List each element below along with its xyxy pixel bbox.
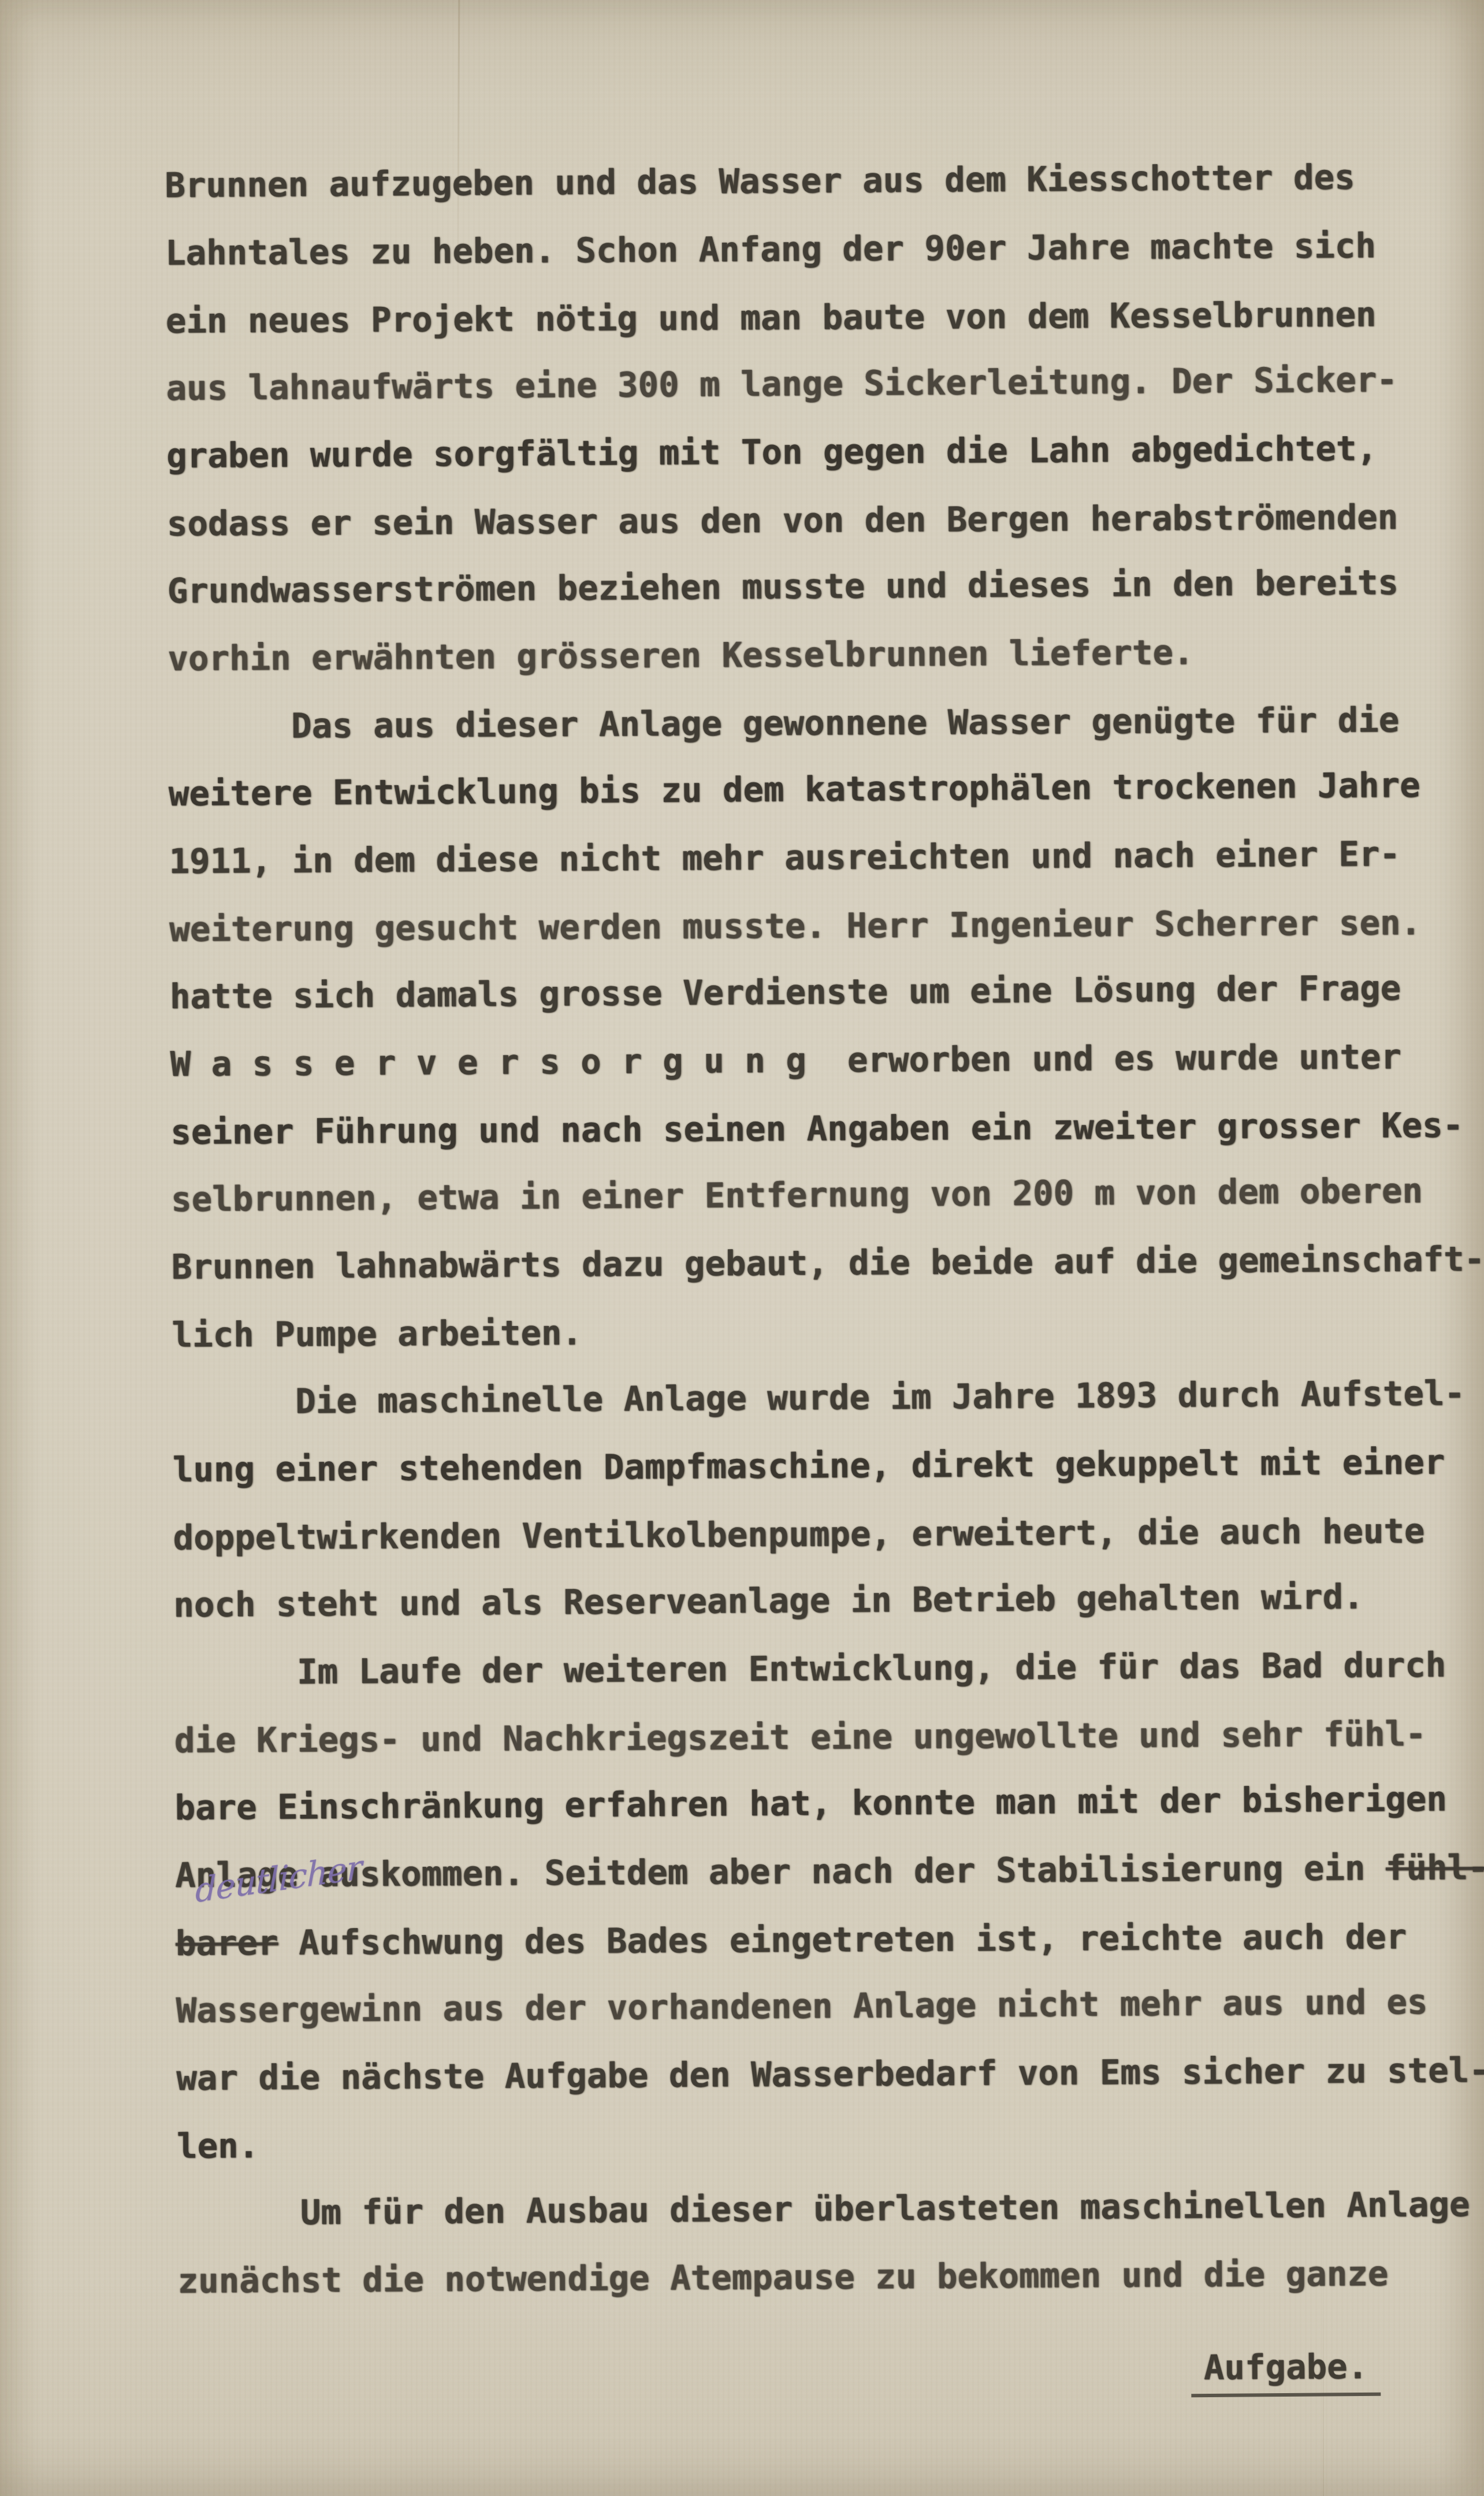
typed-line: vorhin erwähnten grösseren Kesselbrunnen… xyxy=(168,616,1484,692)
typed-line-with-strikeout: Anlage auskommen. Seitdem aber nach der … xyxy=(175,1833,1484,1909)
typed-line: 1911, in dem diese nicht mehr ausreichte… xyxy=(169,819,1484,895)
typed-text-block: Brunnen aufzugeben und das Wasser aus de… xyxy=(165,143,1484,2315)
typed-line-paragraph-start: Die maschinelle Anlage wurde im Jahre 18… xyxy=(172,1359,1484,1436)
typed-text: Aufschwung des Bades eingetreten ist, re… xyxy=(278,1916,1407,1963)
typed-line: Lahntales zu heben. Schon Anfang der 90e… xyxy=(165,211,1484,287)
typed-line: hatte sich damals grosse Verdienste um e… xyxy=(170,953,1484,1030)
typed-line: war die nächste Aufgabe den Wasserbedarf… xyxy=(176,2036,1484,2112)
typed-line: Brunnen lahnabwärts dazu gebaut, die bei… xyxy=(171,1225,1484,1301)
typed-line: selbrunnen, etwa in einer Entfernung von… xyxy=(171,1156,1484,1233)
typed-line: lung einer stehenden Dampfmaschine, dire… xyxy=(173,1428,1484,1503)
typed-line: zunächst die notwendige Atempause zu bek… xyxy=(177,2239,1484,2315)
typed-line: graben wurde sorgfältig mit Ton gegen di… xyxy=(166,414,1484,489)
catchword: Aufgabe. xyxy=(1191,2344,1381,2397)
typed-line: W a s s e r v e r s o r g u n g erworben… xyxy=(170,1022,1484,1098)
typed-line: ein neues Projekt nötig und man baute vo… xyxy=(165,280,1484,354)
typed-line: weiterung gesucht werden musste. Herr In… xyxy=(169,888,1484,963)
typed-line: Grundwasserströmen beziehen musste und d… xyxy=(167,548,1484,625)
typed-line: die Kriegs- und Nachkriegszeit eine unge… xyxy=(174,1699,1484,1774)
typed-line-paragraph-start: Das aus dieser Anlage gewonnene Wasser g… xyxy=(168,685,1484,760)
typed-line: aus lahnaufwärts eine 300 m lange Sicker… xyxy=(166,345,1484,422)
struck-out-text: barer xyxy=(176,1923,278,1963)
typed-line: seiner Führung und nach seinen Angaben e… xyxy=(170,1091,1484,1165)
typed-line-paragraph-start: Um für den Ausbau dieser überlasteten ma… xyxy=(177,2170,1484,2247)
typed-line: lich Pumpe arbeiten. xyxy=(172,1294,1484,1368)
typed-line: Wassergewinn aus der vorhandenen Anlage … xyxy=(176,1967,1484,2044)
typed-line: bare Einschränkung erfahren hat, konnte … xyxy=(174,1765,1484,1841)
typed-line-with-strikeout: barer Aufschwung des Bades eingetreten i… xyxy=(176,1902,1484,1977)
typed-line: Brunnen aufzugeben und das Wasser aus de… xyxy=(165,142,1484,219)
typed-line: weitere Entwicklung bis zu dem katastrop… xyxy=(168,751,1484,827)
typed-line: doppeltwirkenden Ventilkolbenpumpe, erwe… xyxy=(173,1496,1484,1571)
typed-line: sodass er sein Wasser aus den von den Be… xyxy=(167,482,1484,557)
document-page: Brunnen aufzugeben und das Wasser aus de… xyxy=(0,0,1484,2496)
typed-line: noch steht und als Reserveanlage in Betr… xyxy=(173,1562,1484,1639)
typed-line-paragraph-start: Im Laufe der weiteren Entwicklung, die f… xyxy=(174,1630,1484,1706)
struck-out-text: fühl- xyxy=(1386,1847,1484,1888)
typed-line: len. xyxy=(177,2105,1484,2179)
